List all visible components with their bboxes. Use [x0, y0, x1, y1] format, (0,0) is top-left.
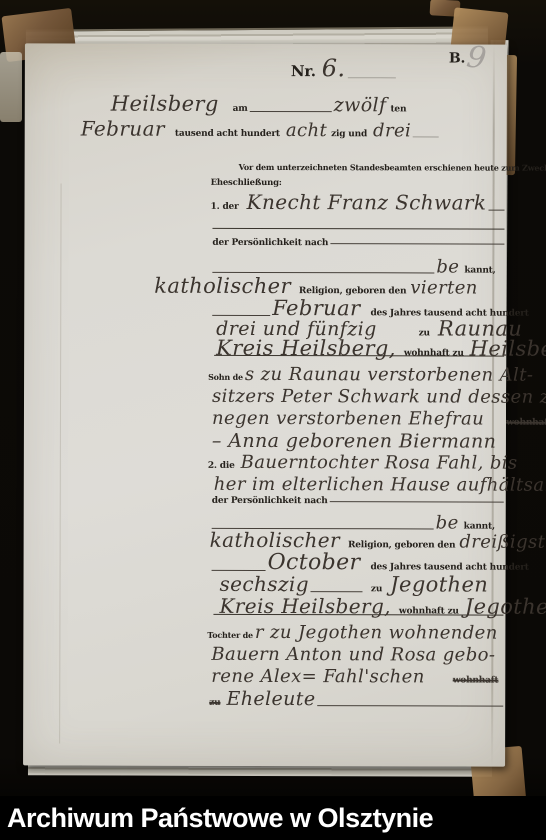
- pencil-number: 9: [465, 39, 489, 76]
- groom-birth-day-handwritten: vierten: [410, 277, 478, 298]
- blank-line: [212, 568, 266, 571]
- bride-name-handwritten-1: Bauerntochter Rosa Fahl, bis: [241, 452, 518, 474]
- zig-und-label: zig und: [331, 129, 367, 139]
- place-handwritten: Heilsberg: [111, 92, 219, 116]
- tochter-de-label: Tochter de: [207, 630, 253, 640]
- tausend-label: tausend acht hundert: [175, 129, 280, 139]
- bride-parents-handwritten-1: r zu Jegothen wohnenden: [255, 622, 498, 644]
- struck-zu-label: zu: [209, 698, 220, 708]
- blank-line: [347, 75, 395, 78]
- wohnhaft-zu-label: wohnhaft zu: [404, 348, 464, 358]
- sohn-de-label: Sohn de: [208, 372, 243, 382]
- archive-caption-text: Archiwum Państwowe w Olsztynie: [7, 803, 433, 834]
- groom-identity-row: der Persönlichkeit nach: [212, 238, 506, 249]
- groom-kreis-handwritten: Kreis Heilsberg,: [216, 336, 396, 360]
- blank-line-full: [212, 228, 504, 230]
- groom-parents-row-3: negen verstorbenen Ehefrau wohnhaft: [212, 408, 546, 430]
- intro-line-2: Eheschließung:: [211, 178, 282, 188]
- intro-text-1: Vor dem unterzeichneten Standesbeamten e…: [239, 162, 546, 173]
- ten-label: ten: [390, 104, 406, 114]
- day-handwritten: zwölf: [334, 94, 387, 116]
- am-label: am: [233, 104, 248, 114]
- facing-page-edge: [0, 92, 26, 768]
- persoenlichkeit-label: der Persönlichkeit nach: [212, 496, 328, 506]
- bride-birth-year-row: sechszig zu Jegothen: [220, 572, 489, 597]
- struck-wohnhaft-label: wohnhaft: [506, 418, 546, 428]
- groom-parents-handwritten-3: negen verstorbenen Ehefrau: [212, 408, 484, 430]
- bride-birth-place-handwritten: Jegothen: [390, 572, 488, 596]
- bride-index-label: 2. die: [208, 461, 235, 471]
- groom-name-handwritten: Knecht Franz Schwark: [247, 190, 487, 215]
- persoenlichkeit-label: der Persönlichkeit nach: [212, 238, 328, 248]
- month-handwritten: Februar: [81, 117, 165, 141]
- year-tens-handwritten: acht: [286, 120, 327, 141]
- bride-parents-row-1: Tochter de r zu Jegothen wohnenden: [207, 622, 497, 644]
- groom-mother-handwritten: – Anna geborenen Biermann: [212, 430, 496, 453]
- bride-parents-handwritten-3: rene Alex= Fahl'schen: [211, 666, 425, 688]
- bride-parents-row-4: zu Eheleute: [209, 688, 505, 711]
- register-page: Nr. 6. B. 9 Heilsberg am zwölf ten Febru…: [23, 43, 507, 766]
- groom-parents-handwritten-2: sitzers Peter Schwark und dessen zu Sien…: [212, 386, 546, 408]
- bride-birth-year-handwritten: sechszig: [220, 572, 309, 596]
- page-fold-line: [59, 183, 61, 743]
- form-letter: B.: [449, 50, 465, 66]
- bride-name-row-1: 2. die Bauerntochter Rosa Fahl, bis: [208, 452, 518, 474]
- groom-name-row: 1. der Knecht Franz Schwark: [211, 190, 507, 215]
- religion-geboren-label: Religion, geboren den: [299, 286, 406, 296]
- blank-line: [413, 134, 439, 137]
- des-jahres-label: des Jahres tausend acht hundert: [370, 562, 528, 572]
- intro-line-1: Vor dem unterzeichneten Standesbeamten e…: [239, 162, 546, 173]
- bride-parents-handwritten-4: Eheleute: [226, 688, 315, 710]
- religion-geboren-label: Religion, geboren den: [348, 540, 455, 550]
- bride-parents-row-3: rene Alex= Fahl'schen wohnhaft: [211, 666, 498, 688]
- bride-parents-handwritten-2: Bauern Anton und Rosa gebo-: [211, 644, 495, 666]
- archival-photo: Nr. 6. B. 9 Heilsberg am zwölf ten Febru…: [0, 0, 546, 840]
- groom-parents-handwritten-1: s zu Raunau verstorbenen Alt-: [245, 364, 533, 386]
- groom-religion-handwritten: katholischer: [154, 274, 291, 298]
- intro-text-2: Eheschließung:: [211, 178, 282, 188]
- nr-value: 6.: [322, 54, 346, 82]
- groom-index-label: 1. der: [211, 202, 239, 212]
- form-letter-mark: B.: [449, 50, 465, 66]
- groom-parents-row-1: Sohn de s zu Raunau verstorbenen Alt-: [208, 364, 533, 386]
- archive-caption-bar: Archiwum Państwowe w Olsztynie: [0, 796, 546, 840]
- year-ones-handwritten: drei: [373, 120, 411, 141]
- record-number-row: Nr. 6.: [291, 54, 398, 82]
- struck-wohnhaft-label: wohnhaft: [453, 675, 499, 685]
- bride-name-handwritten-2: her im elterlichen Hause aufhältsam: [214, 474, 546, 496]
- bride-parents-row-2: Bauern Anton und Rosa gebo-: [211, 644, 495, 666]
- groom-religion-row: katholischer Religion, geboren den viert…: [154, 274, 478, 299]
- blank-line: [330, 499, 504, 502]
- zu-label: zu: [371, 584, 382, 594]
- date-place-row: Heilsberg am zwölf ten: [111, 92, 407, 117]
- blank-line: [212, 270, 434, 274]
- blank-line: [311, 589, 363, 592]
- pencil-folio-number: 9: [467, 41, 486, 76]
- binding-damage-left: [0, 52, 22, 122]
- blank-line: [488, 208, 504, 211]
- groom-residence-handwritten: Heilsberg: [470, 337, 546, 361]
- date-year-row: Februar tausend acht hundert acht zig un…: [81, 117, 442, 142]
- nr-label: Nr.: [291, 62, 316, 80]
- bride-identity-row: der Persönlichkeit nach: [212, 496, 506, 507]
- groom-parents-row-2: sitzers Peter Schwark und dessen zu Sien…: [212, 386, 546, 408]
- bride-name-row-2: her im elterlichen Hause aufhältsam: [214, 474, 546, 496]
- blank-line: [330, 241, 504, 244]
- groom-parents-row-4: – Anna geborenen Biermann: [212, 430, 496, 453]
- bride-religion-handwritten: katholischer: [210, 528, 340, 552]
- groom-residence-row: Kreis Heilsberg, wohnhaft zu Heilsberg: [216, 336, 546, 361]
- blank-line: [250, 109, 332, 112]
- blank-line: [317, 703, 503, 706]
